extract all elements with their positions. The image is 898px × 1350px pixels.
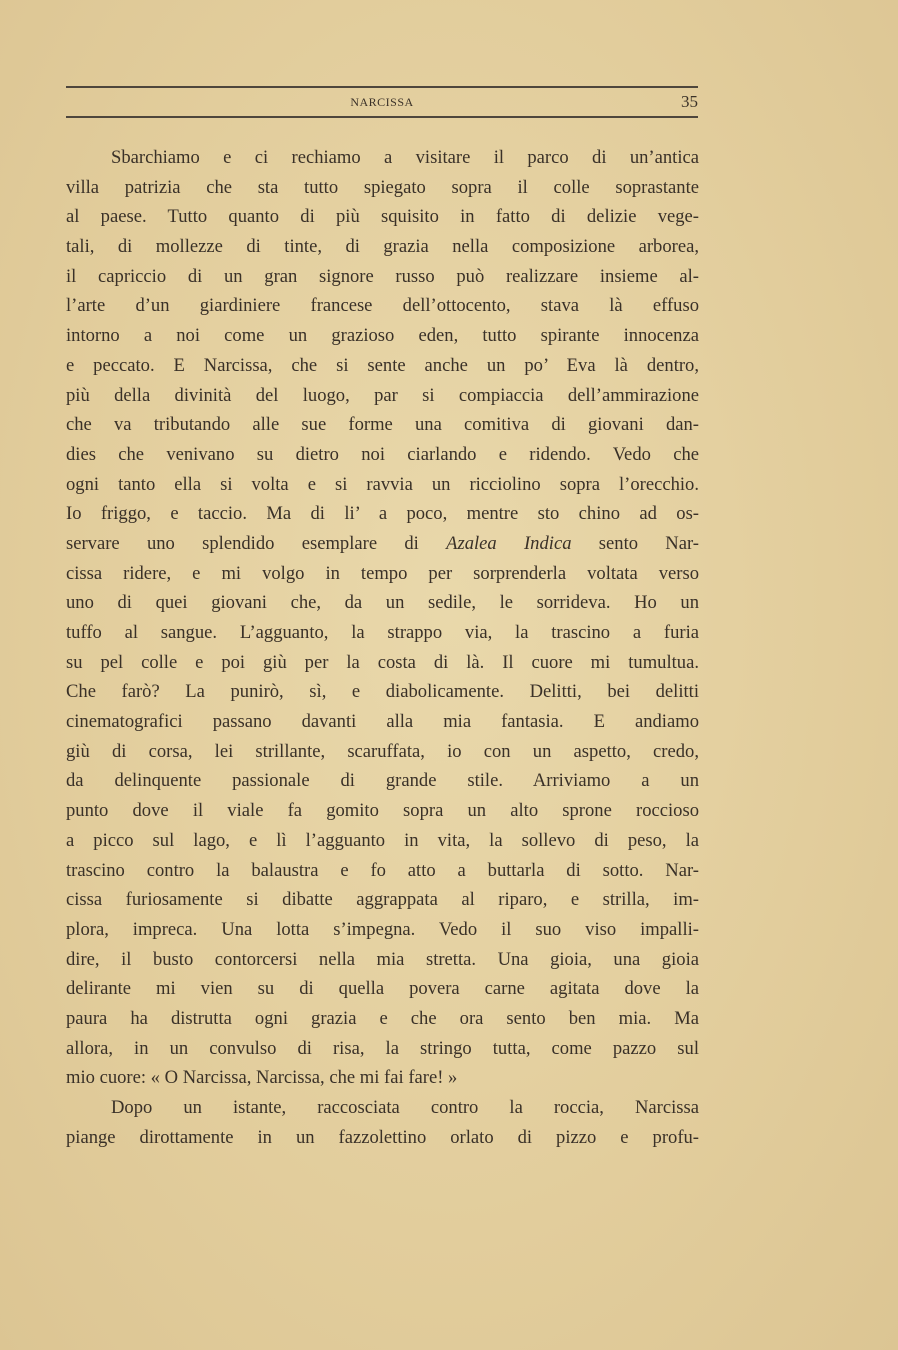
text-line: che va tributando alle sue forme una com… bbox=[66, 410, 699, 440]
text-line: punto dove il viale fa gomito sopra un a… bbox=[66, 796, 699, 826]
body-text: Sbarchiamo e ci rechiamo a visitare il p… bbox=[66, 143, 699, 1152]
text-line: trascino contro la balaustra e fo atto a… bbox=[66, 856, 699, 886]
text-line: villa patrizia che sta tutto spiegato so… bbox=[66, 173, 699, 203]
header-top-rule bbox=[66, 86, 698, 88]
text-run: sento Nar- bbox=[572, 533, 700, 554]
text-line: cissa furiosamente si dibatte aggrappata… bbox=[66, 885, 699, 915]
page-number: 35 bbox=[681, 93, 698, 111]
text-line: il capriccio di un gran signore russo pu… bbox=[66, 262, 699, 292]
running-head: NARCISSA 35 bbox=[66, 93, 698, 111]
text-line: plora, impreca. Una lotta s’impegna. Ved… bbox=[66, 915, 699, 945]
text-line: dies che venivano su dietro noi ciarland… bbox=[66, 440, 699, 470]
text-line: Io friggo, e taccio. Ma di li’ a poco, m… bbox=[66, 499, 699, 529]
text-line: cissa ridere, e mi volgo in tempo per so… bbox=[66, 559, 699, 589]
text-line: intorno a noi come un grazioso eden, tut… bbox=[66, 321, 699, 351]
text-line: e peccato. E Narcissa, che si sente anch… bbox=[66, 351, 699, 381]
text-line: Dopo un istante, raccosciata contro la r… bbox=[66, 1093, 699, 1123]
italic-species-name: Azalea Indica bbox=[446, 533, 571, 554]
text-line: più della divinità del luogo, par si com… bbox=[66, 381, 699, 411]
text-line: paura ha distrutta ogni grazia e che ora… bbox=[66, 1004, 699, 1034]
text-line: a picco sul lago, e lì l’agguanto in vit… bbox=[66, 826, 699, 856]
text-line: mio cuore: « O Narcissa, Narcissa, che m… bbox=[66, 1063, 699, 1093]
header-bottom-rule bbox=[66, 116, 698, 118]
text-line: delirante mi vien su di quella povera ca… bbox=[66, 974, 699, 1004]
text-line: dire, il busto contorcersi nella mia str… bbox=[66, 945, 699, 975]
text-line: cinematografici passano davanti alla mia… bbox=[66, 707, 699, 737]
text-line: tali, di mollezze di tinte, di grazia ne… bbox=[66, 232, 699, 262]
book-page: NARCISSA 35 Sbarchiamo e ci rechiamo a v… bbox=[0, 0, 898, 1350]
text-line: su pel colle e poi giù per la costa di l… bbox=[66, 648, 699, 678]
text-run: servare uno splendido esemplare di bbox=[66, 533, 446, 554]
text-line: uno di quei giovani che, da un sedile, l… bbox=[66, 588, 699, 618]
text-line: Che farò? La punirò, sì, e diabolicament… bbox=[66, 677, 699, 707]
text-line: piange dirottamente in un fazzolettino o… bbox=[66, 1123, 699, 1153]
text-line: allora, in un convulso di risa, la strin… bbox=[66, 1034, 699, 1064]
text-line: da delinquente passionale di grande stil… bbox=[66, 766, 699, 796]
running-title: NARCISSA bbox=[66, 93, 698, 111]
text-line: giù di corsa, lei strillante, scaruffata… bbox=[66, 737, 699, 767]
text-line: tuffo al sangue. L’agguanto, la strappo … bbox=[66, 618, 699, 648]
text-line: al paese. Tutto quanto di più squisito i… bbox=[66, 202, 699, 232]
text-line: ogni tanto ella si volta e si ravvia un … bbox=[66, 470, 699, 500]
text-line: Sbarchiamo e ci rechiamo a visitare il p… bbox=[66, 143, 699, 173]
text-line-with-italic: servare uno splendido esemplare di Azale… bbox=[66, 529, 699, 559]
text-line: l’arte d’un giardiniere francese dell’ot… bbox=[66, 291, 699, 321]
